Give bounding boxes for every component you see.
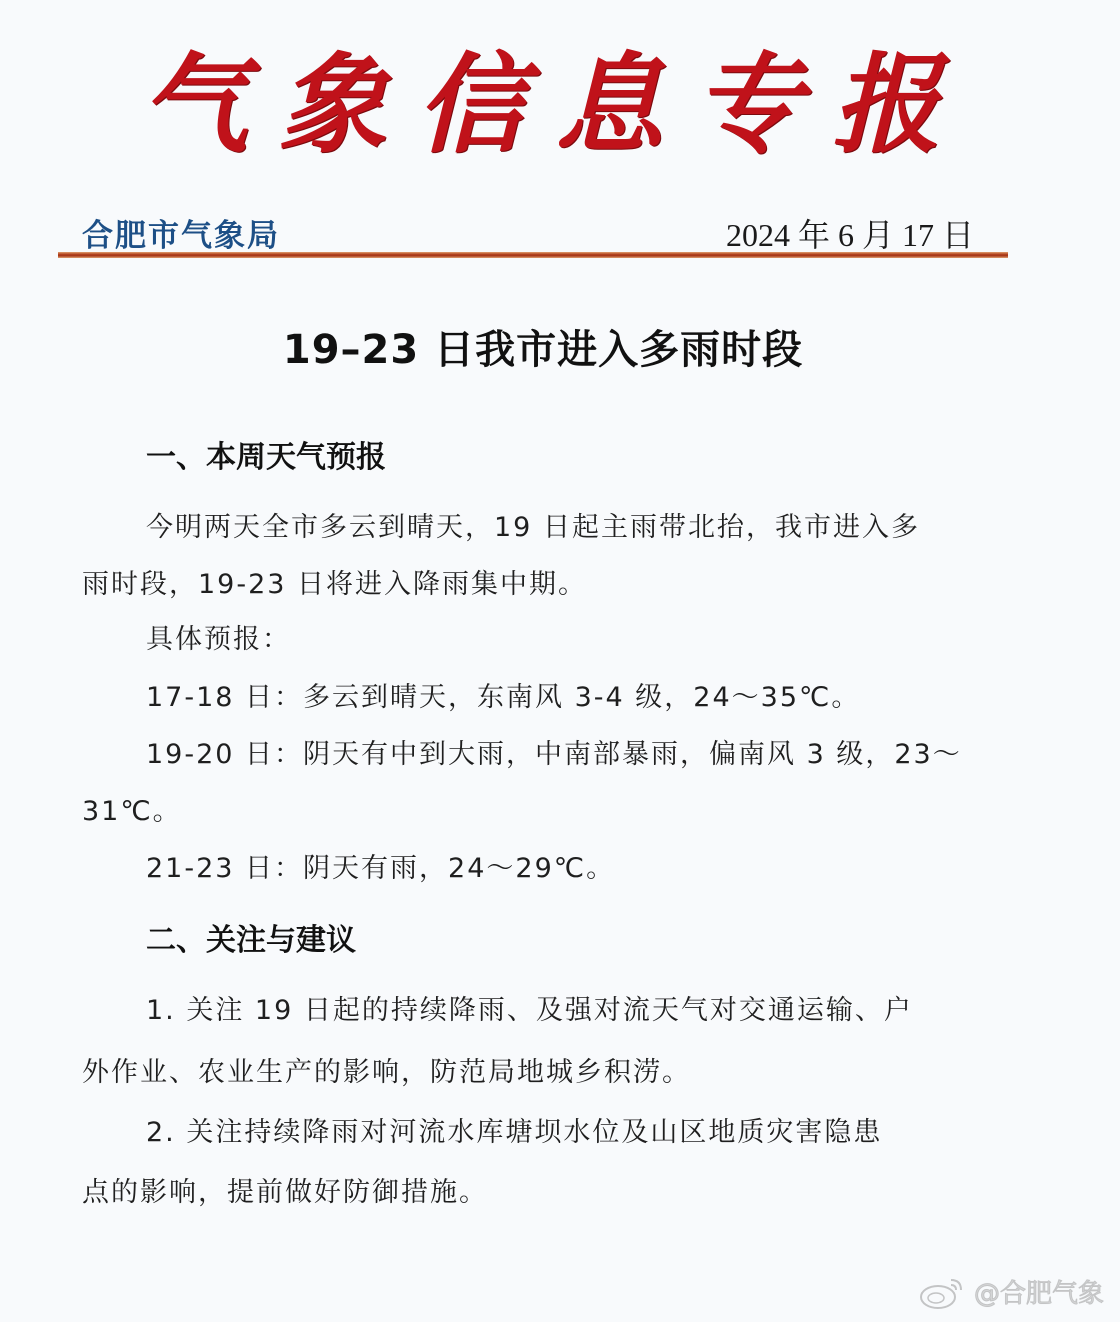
issue-date: 2024 年 6 月 17 日 [726,210,974,256]
forecast-19-20: 19-20 日：阴天有中到大雨，中南部暴雨，偏南风 3 级，23～ [146,732,962,771]
masthead-char: 象 [278,51,386,159]
document-title: 19–23 日我市进入多雨时段 [0,318,1086,375]
forecast-17-18: 17-18 日：多云到晴天，东南风 3-4 级，24～35℃。 [146,675,860,714]
detail-label: 具体预报： [146,617,291,656]
watermark: @合肥气象 [918,1273,1104,1310]
section-heading-advice: 二、关注与建议 [146,915,356,959]
weibo-icon [918,1274,968,1310]
advice-item-1: 1. 关注 19 日起的持续降雨、及强对流天气对交通运输、户 [146,988,913,1027]
issuing-agency: 合肥市气象局 [82,210,280,255]
masthead-char: 信 [417,51,525,159]
document-page: 气 象 信 息 专 报 合肥市气象局 2024 年 6 月 17 日 19–23… [0,0,1120,1322]
advice-item-2-cont: 点的影响，提前做好防御措施。 [82,1170,488,1209]
masthead-char: 专 [694,51,802,159]
paragraph-line: 雨时段，19-23 日将进入降雨集中期。 [82,562,587,601]
advice-item-1-cont: 外作业、农业生产的影响，防范局地城乡积涝。 [82,1050,691,1089]
section-heading-forecast: 一、本周天气预报 [146,432,386,476]
header-divider [58,252,1008,258]
masthead-char: 气 [140,51,248,159]
watermark-text: @合肥气象 [974,1273,1104,1310]
advice-item-2: 2. 关注持续降雨对河流水库塘坝水位及山区地质灾害隐患 [146,1110,882,1149]
forecast-21-23: 21-23 日：阴天有雨，24～29℃。 [146,846,615,885]
forecast-19-20-cont: 31℃。 [82,789,182,828]
masthead-char: 报 [832,51,940,159]
paragraph-line: 今明两天全市多云到晴天，19 日起主雨带北抬，我市进入多 [146,505,920,544]
masthead-title: 气 象 信 息 专 报 [140,40,940,170]
masthead-char: 息 [555,51,663,159]
